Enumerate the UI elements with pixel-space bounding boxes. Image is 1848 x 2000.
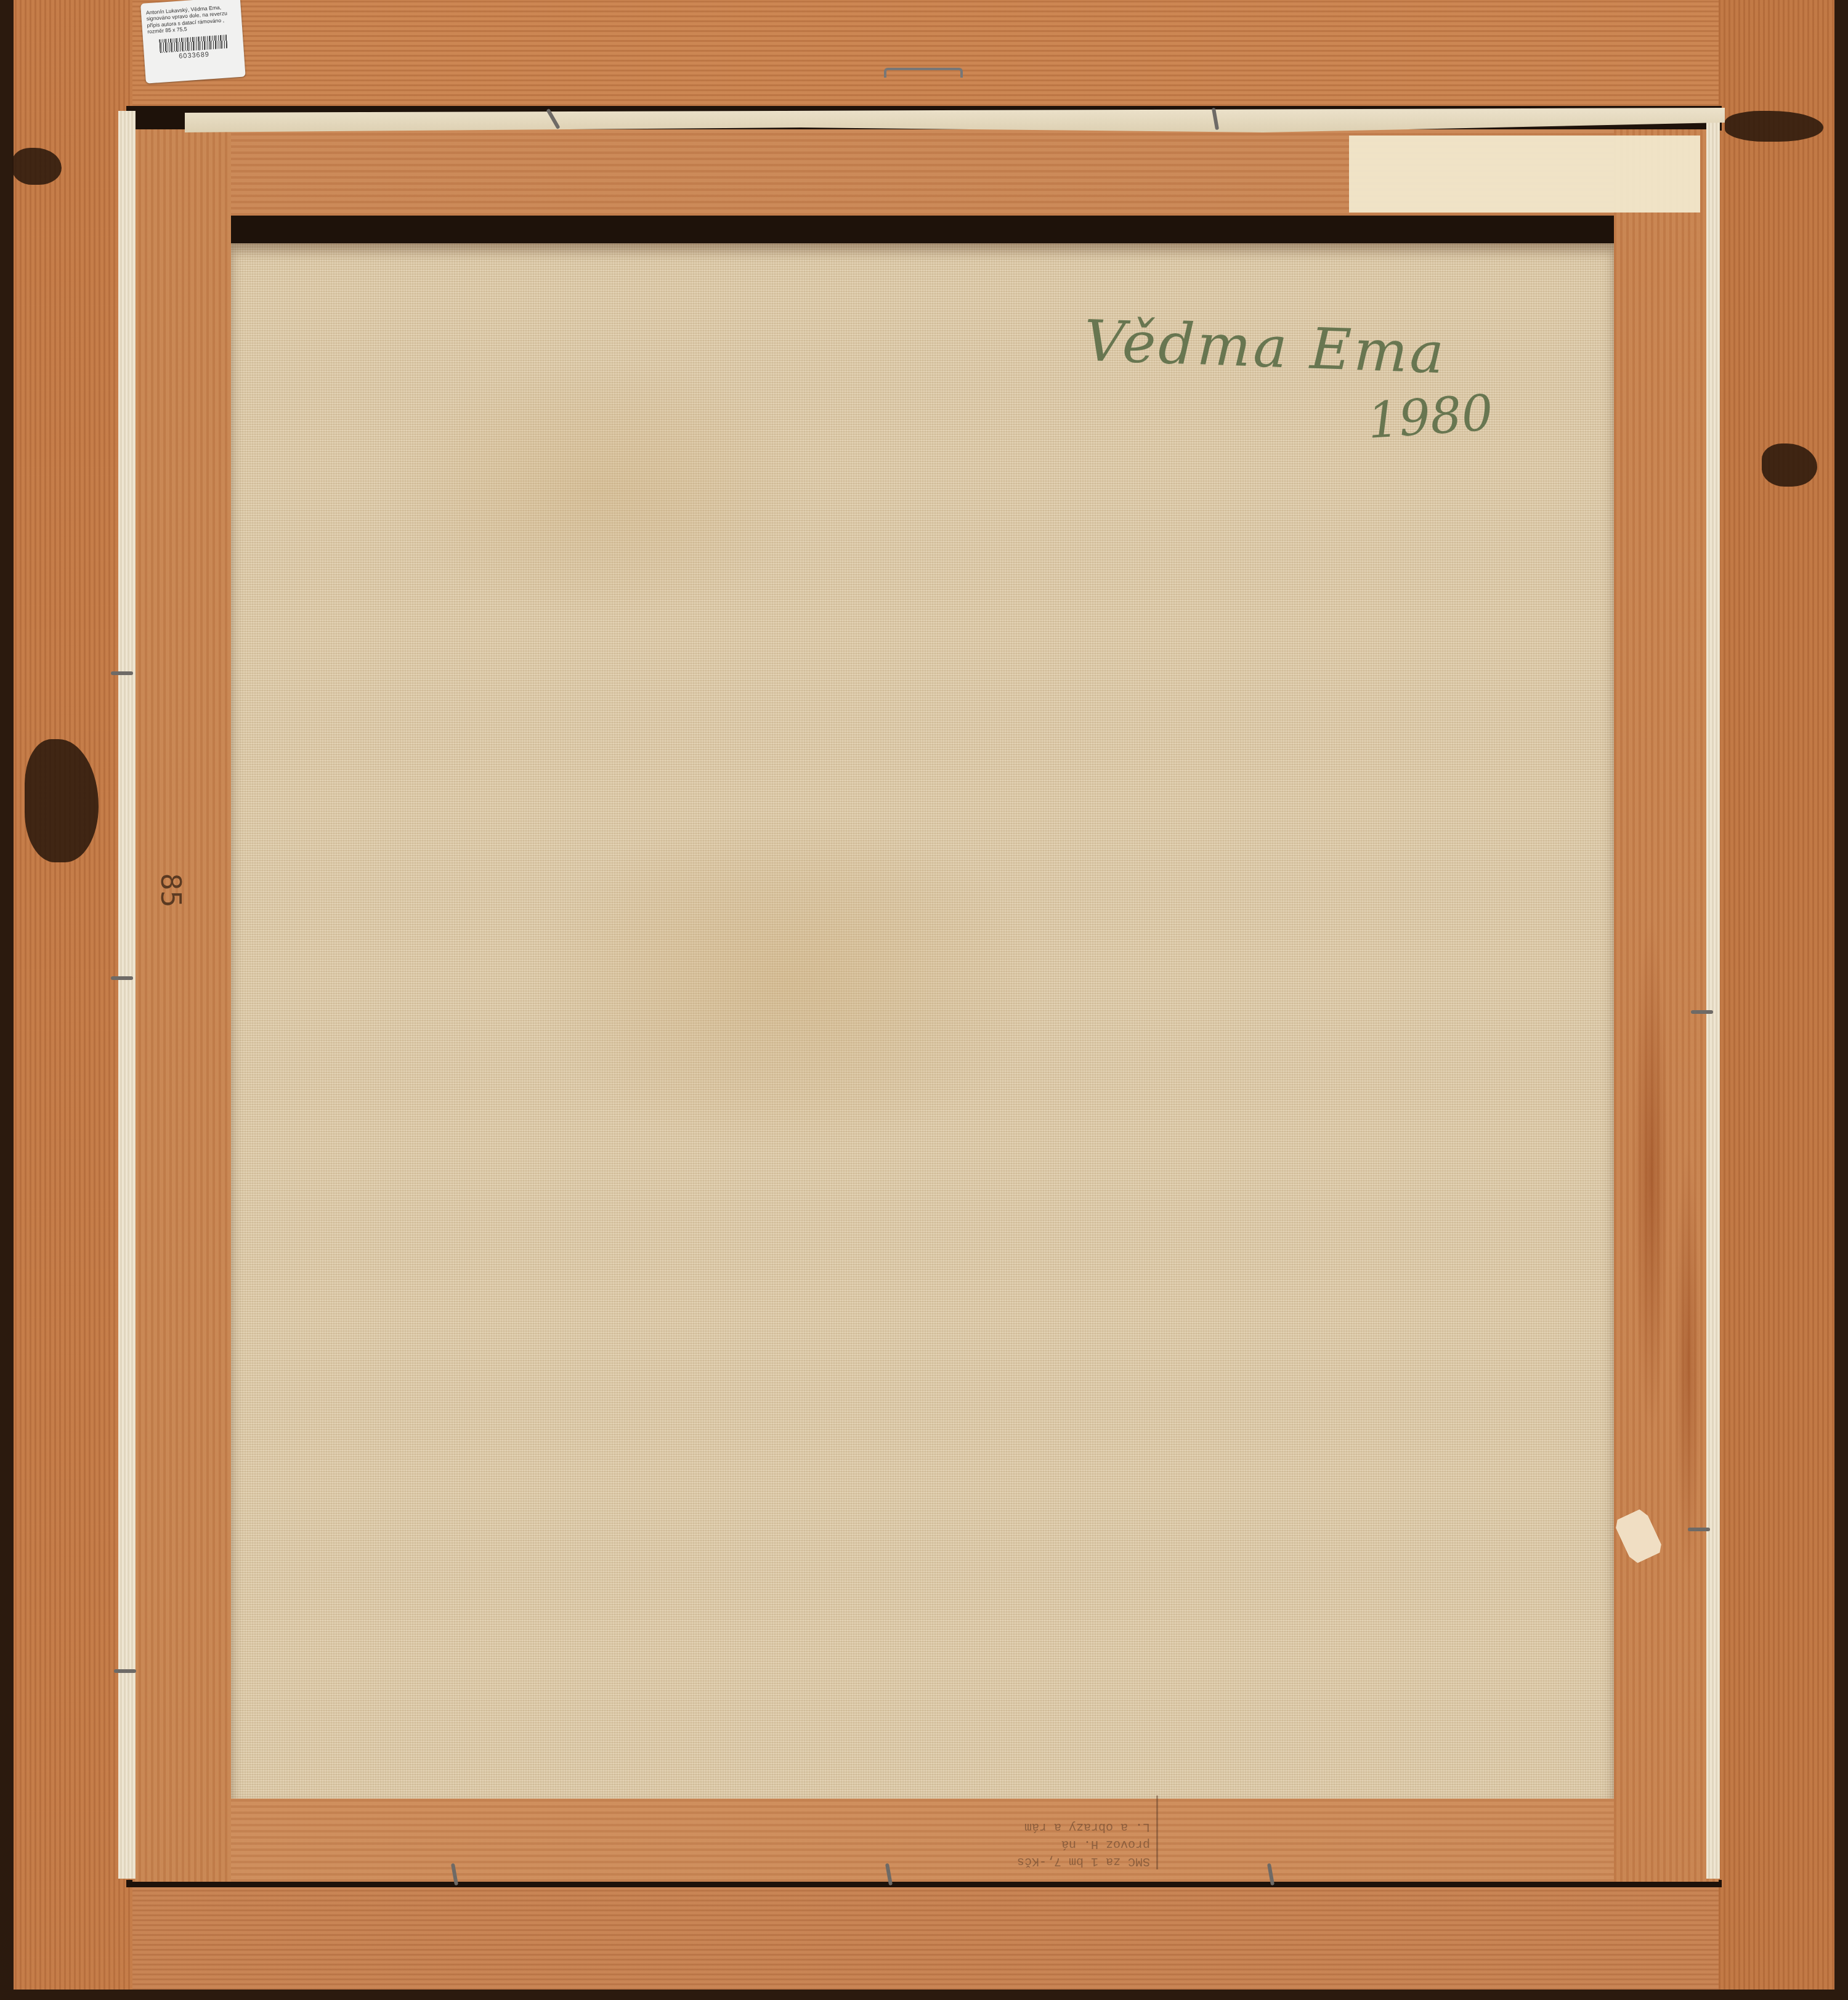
stretcher-left-bar <box>132 129 231 1882</box>
nail <box>1688 1528 1710 1531</box>
paper-tape <box>1349 136 1700 213</box>
stretcher-right-bar <box>1614 129 1719 1882</box>
nail <box>114 1669 136 1673</box>
frame-bottom-rail <box>0 1885 1848 2000</box>
stamp-line: provoz H. ná <box>912 1835 1150 1852</box>
pencil-mark: 85 <box>155 873 186 908</box>
frame-top-rail <box>0 0 1848 111</box>
nail <box>1691 1010 1713 1014</box>
frame-right-rail <box>1719 0 1848 2000</box>
canvas-back <box>231 243 1614 1799</box>
label-text: Antonín Lukavský, Vědma Ema, signováno v… <box>146 3 238 35</box>
inscription-year: 1980 <box>1366 384 1495 450</box>
canvas-fold-right <box>1706 111 1720 1879</box>
hanging-staple <box>884 68 963 78</box>
inventory-label: Antonín Lukavský, Vědma Ema, signováno v… <box>140 0 246 84</box>
stain <box>1725 111 1823 142</box>
canvas-fold-left <box>118 111 136 1879</box>
frame-edge-bottom <box>0 1990 1848 2000</box>
frame-edge-right <box>1834 0 1848 2000</box>
stamp-line: SMC za 1 bm 7,-Kčs <box>912 1852 1150 1869</box>
nail <box>111 671 133 675</box>
frame-left-rail <box>0 0 132 2000</box>
stamp-line: L. a obrazy a rám <box>912 1818 1150 1835</box>
canvas-top-shadow <box>231 216 1614 243</box>
frame-shop-stamp: SMC za 1 bm 7,-Kčs provoz H. ná L. a obr… <box>912 1796 1158 1869</box>
inscription-title: Vědma Ema <box>1083 308 1447 386</box>
frame-edge-left <box>0 0 14 2000</box>
nail <box>111 976 133 980</box>
